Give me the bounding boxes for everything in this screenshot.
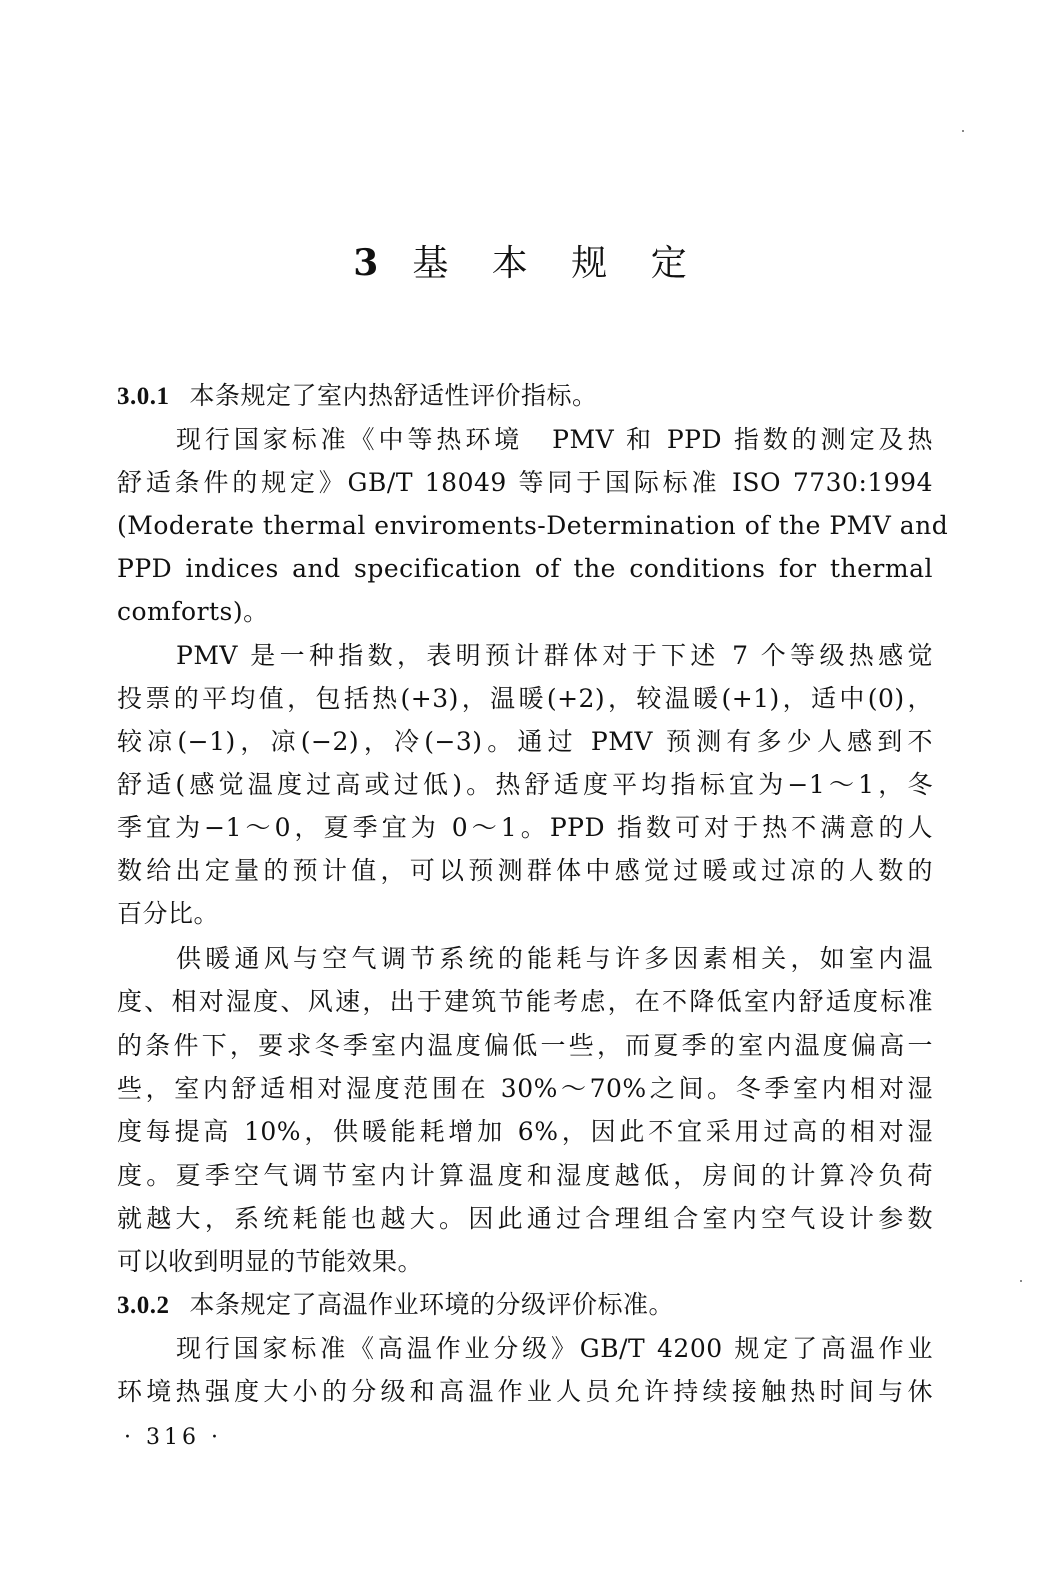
paragraph-line: 现行国家标准《高温作业分级》GB/T 4200 规定了高温作业 bbox=[176, 1327, 933, 1370]
clause-heading-text: 本条规定了室内热舒适性评价指标。 bbox=[190, 381, 598, 410]
clause-heading-text: 本条规定了高温作业环境的分级评价标准。 bbox=[190, 1290, 675, 1319]
paragraph-line: 舒适条件的规定》GB/T 18049 等同于国际标准 ISO 7730:1994 bbox=[117, 461, 933, 504]
paragraph-line: 季宜为−1～0，夏季宜为 0～1。PPD 指数可对于热不满意的人 bbox=[117, 806, 933, 849]
paragraph-line: comforts)。 bbox=[117, 590, 933, 633]
paragraph-line: 就越大，系统耗能也越大。因此通过合理组合室内空气设计参数 bbox=[117, 1197, 933, 1240]
chapter-title: 3基 本 规 定 bbox=[0, 238, 1056, 289]
chapter-title-text: 基 本 规 定 bbox=[412, 243, 702, 284]
paragraph-line: 供暖通风与空气调节系统的能耗与许多因素相关，如室内温 bbox=[176, 937, 933, 980]
clause-heading: 3.0.1本条规定了室内热舒适性评价指标。 bbox=[117, 374, 933, 417]
paragraph-line: 百分比。 bbox=[117, 892, 933, 935]
paragraph-line: 度、相对湿度、风速，出于建筑节能考虑，在不降低室内舒适度标准 bbox=[117, 980, 933, 1023]
paragraph-line: 较凉(−1)，凉(−2)，冷(−3)。通过 PMV 预测有多少人感到不 bbox=[117, 720, 933, 763]
paragraph-line: 现行国家标准《中等热环境 PMV 和 PPD 指数的测定及热 bbox=[176, 418, 933, 461]
paragraph-line: 些，室内舒适相对湿度范围在 30%～70%之间。冬季室内相对湿 bbox=[117, 1067, 933, 1110]
paragraph-line: PMV 是一种指数，表明预计群体对于下述 7 个等级热感觉 bbox=[176, 634, 933, 677]
paragraph-line: 度。夏季空气调节室内计算温度和湿度越低，房间的计算冷负荷 bbox=[117, 1154, 933, 1197]
scan-speck bbox=[962, 130, 964, 132]
paragraph-line: PPD indices and specification of the con… bbox=[117, 547, 933, 590]
paragraph-line: 数给出定量的预计值，可以预测群体中感觉过暖或过凉的人数的 bbox=[117, 849, 933, 892]
paragraph-line: 度每提高 10%，供暖能耗增加 6%，因此不宜采用过高的相对湿 bbox=[117, 1110, 933, 1153]
chapter-number: 3 bbox=[353, 242, 394, 284]
clause-heading: 3.0.2本条规定了高温作业环境的分级评价标准。 bbox=[117, 1283, 933, 1326]
clause-number: 3.0.1 bbox=[117, 383, 170, 410]
paragraph-line: 投票的平均值，包括热(+3)，温暖(+2)，较温暖(+1)，适中(0)， bbox=[117, 677, 933, 720]
scan-speck bbox=[1020, 1280, 1022, 1282]
clause-number: 3.0.2 bbox=[117, 1292, 170, 1319]
paragraph-line: (Moderate thermal enviroments-Determinat… bbox=[117, 504, 933, 547]
paragraph-line: 的条件下，要求冬季室内温度偏低一些，而夏季的室内温度偏高一 bbox=[117, 1024, 933, 1067]
paragraph-line: 舒适(感觉温度过高或过低)。热舒适度平均指标宜为−1～1，冬 bbox=[117, 763, 933, 806]
paragraph-line: 可以收到明显的节能效果。 bbox=[117, 1240, 933, 1283]
page-number: · 316 · bbox=[124, 1418, 222, 1458]
paragraph-line: 环境热强度大小的分级和高温作业人员允许持续接触热时间与休 bbox=[117, 1370, 933, 1413]
